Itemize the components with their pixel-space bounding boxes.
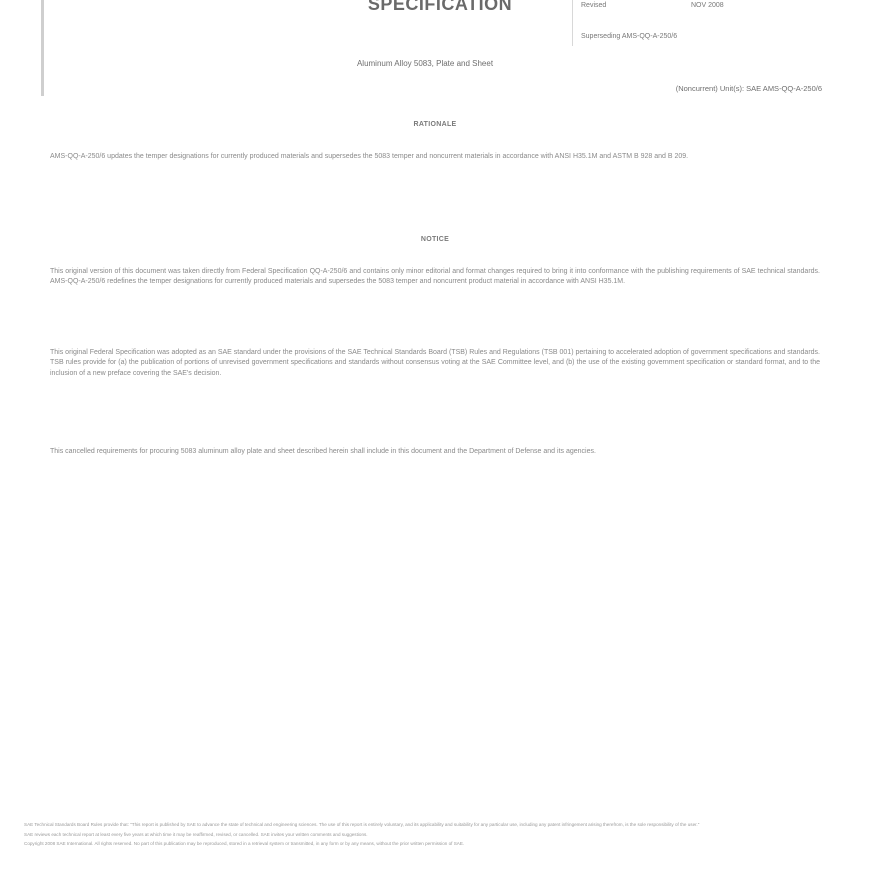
revision-label: Revised bbox=[581, 2, 606, 9]
revision-date: NOV 2008 bbox=[691, 2, 724, 9]
document-subject: Aluminum Alloy 5083, Plate and Sheet bbox=[270, 59, 580, 68]
page-footer: SAE Technical Standards Board Rules prov… bbox=[24, 822, 846, 851]
footer-review-note: SAE reviews each technical report at lea… bbox=[24, 832, 846, 839]
rationale-paragraph: AMS-QQ-A-250/6 updates the temper design… bbox=[50, 152, 820, 162]
document-type-title: SPECIFICATION bbox=[340, 0, 540, 15]
noncurrent-units-note: (Noncurrent) Unit(s): SAE AMS-QQ-A-250/6 bbox=[582, 84, 822, 93]
left-margin-rule bbox=[41, 0, 44, 96]
revision-block: Revised NOV 2008 Superseding AMS-QQ-A-25… bbox=[572, 0, 813, 46]
footer-disclaimer: SAE Technical Standards Board Rules prov… bbox=[24, 822, 846, 829]
notice-paragraph-1: This original version of this document w… bbox=[50, 267, 820, 288]
section-heading-notice: NOTICE bbox=[0, 236, 870, 243]
superseding-note: Superseding AMS-QQ-A-250/6 bbox=[581, 33, 677, 40]
revision-row: Revised NOV 2008 bbox=[581, 2, 606, 9]
notice-paragraph-3: This cancelled requirements for procurin… bbox=[50, 447, 820, 457]
footer-copyright: Copyright 2008 SAE International. All ri… bbox=[24, 841, 846, 848]
section-heading-rationale: RATIONALE bbox=[0, 121, 870, 128]
notice-paragraph-2: This original Federal Specification was … bbox=[50, 348, 820, 379]
